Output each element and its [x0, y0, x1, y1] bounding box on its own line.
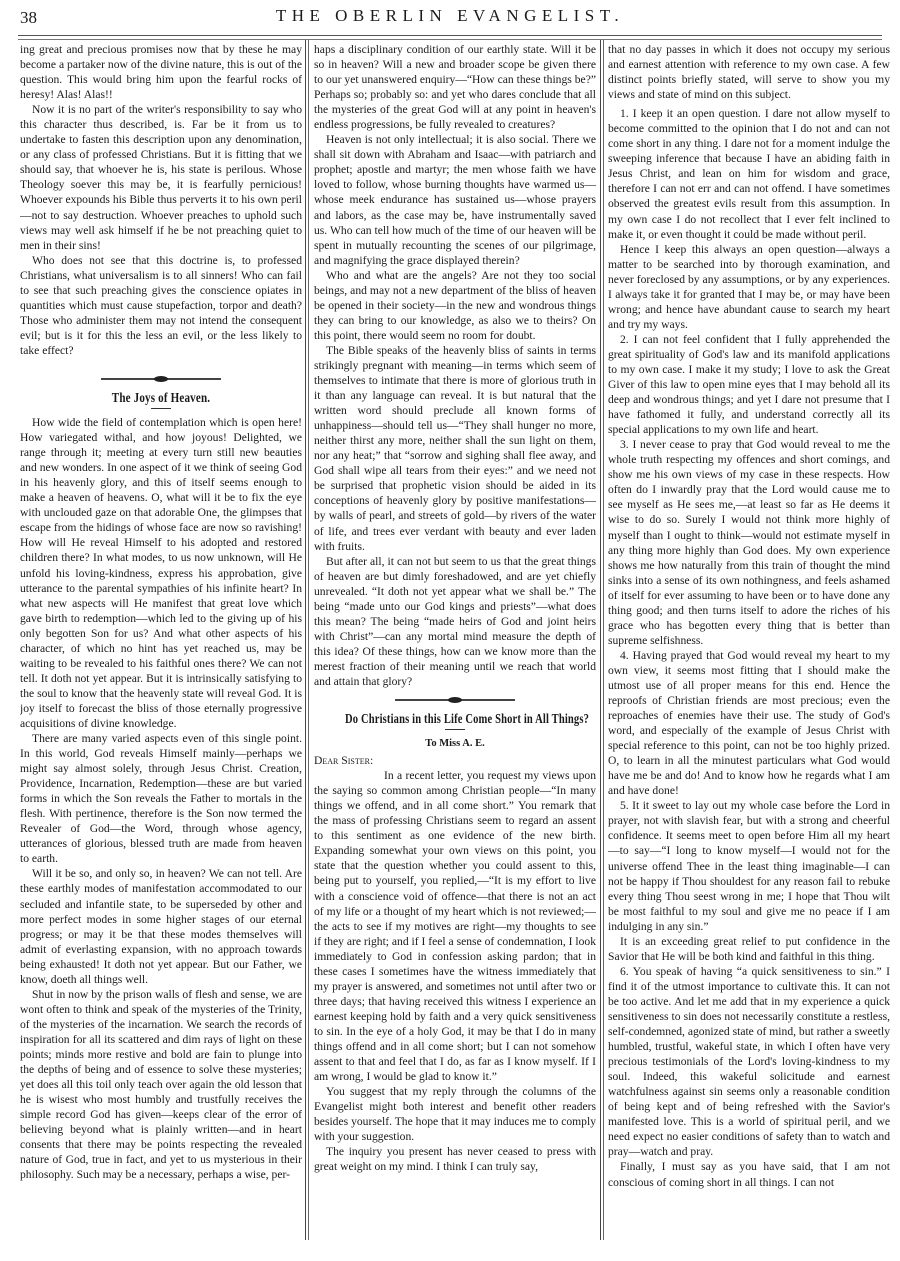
paragraph: Who does not see that this doctrine is, … [20, 253, 302, 358]
paragraph: 3. I never cease to pray that God would … [608, 437, 890, 648]
paragraph: You suggest that my reply through the co… [314, 1084, 596, 1144]
paragraph: Now it is no part of the writer's respon… [20, 102, 302, 252]
paragraph: Hence I keep this always an open questio… [608, 242, 890, 332]
paragraph: ing great and precious promises now that… [20, 42, 302, 102]
paragraph: Shut in now by the prison walls of flesh… [20, 987, 302, 1183]
column-divider-1 [305, 40, 309, 1240]
addressee: To Miss A. E. [314, 736, 596, 751]
column-divider-2 [600, 40, 604, 1240]
paragraph: But after all, it can not but seem to us… [314, 554, 596, 689]
paragraph: How wide the field of contemplation whic… [20, 415, 302, 731]
paragraph: 4. Having prayed that God would reveal m… [608, 648, 890, 798]
paragraph: 1. I keep it an open question. I dare no… [608, 106, 890, 241]
paragraph: It is an exceeding great relief to put c… [608, 934, 890, 964]
paragraph: There are many varied aspects even of th… [20, 731, 302, 866]
paragraph: The inquiry you present has never ceased… [314, 1144, 596, 1174]
paragraph: Will it be so, and only so, in heaven? W… [20, 866, 302, 986]
paragraph: 6. You speak of having “a quick sensitiv… [608, 964, 890, 1160]
column-2: haps a disciplinary condition of our ear… [314, 42, 596, 1242]
top-rule [18, 35, 882, 40]
title-underline [445, 729, 465, 730]
paragraph: that no day passes in which it does not … [608, 42, 890, 102]
section-separator [101, 378, 221, 380]
paragraph: 2. I can not feel confident that I fully… [608, 332, 890, 437]
masthead: THE OBERLIN EVANGELIST. [0, 6, 900, 26]
article-title: The Joys of Heaven. [45, 390, 276, 405]
article-title: Do Christians in this Life Come Short in… [345, 711, 565, 726]
section-separator [395, 699, 515, 701]
paragraph: Heaven is not only intellectual; it is a… [314, 132, 596, 267]
paragraph: In a recent letter, you request my views… [314, 768, 596, 1084]
paragraph: Finally, I must say as you have said, th… [608, 1159, 890, 1189]
title-underline [151, 408, 171, 409]
column-3: that no day passes in which it does not … [608, 42, 890, 1242]
column-1: ing great and precious promises now that… [20, 42, 302, 1242]
paragraph: 5. It it sweet to lay out my whole case … [608, 798, 890, 933]
paragraph: haps a disciplinary condition of our ear… [314, 42, 596, 132]
salutation: Dear Sister: [314, 753, 596, 768]
paragraph: Who and what are the angels? Are not the… [314, 268, 596, 343]
paragraph: The Bible speaks of the heavenly bliss o… [314, 343, 596, 554]
